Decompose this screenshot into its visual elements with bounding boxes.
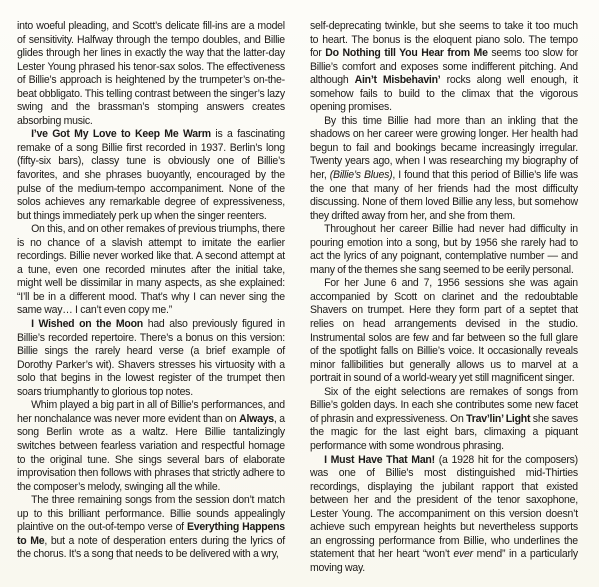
song-title: Trav’lin’ Light xyxy=(466,413,530,425)
paragraph: I Wished on the Moon had also previously… xyxy=(17,318,285,399)
song-title: Do Nothing till You Hear from Me xyxy=(325,47,487,59)
paragraph: I Must Have That Man! (a 1928 hit for th… xyxy=(310,454,578,576)
paragraph: By this time Billie had more than an ink… xyxy=(310,115,578,223)
paragraph-text: into woeful pleading, and Scott’s delica… xyxy=(17,20,285,127)
song-title: I Must Have That Man! xyxy=(324,454,435,466)
paragraph: Six of the eight selections are remakes … xyxy=(310,386,578,454)
paragraph: The three remaining songs from the sessi… xyxy=(17,494,285,562)
paragraph: Throughout her career Billie had never h… xyxy=(310,223,578,277)
liner-notes-page: into woeful pleading, and Scott’s delica… xyxy=(0,0,599,587)
paragraph: For her June 6 and 7, 1956 sessions she … xyxy=(310,277,578,385)
song-title: Always xyxy=(239,413,274,425)
paragraph: On this, and on other remakes of previou… xyxy=(17,223,285,318)
paragraph-text: is a fascinating remake of a song Billie… xyxy=(17,128,285,221)
emphasis: ever xyxy=(453,548,473,560)
book-title: (Billie’s Blues) xyxy=(330,169,393,181)
paragraph-text: Throughout her career Billie had never h… xyxy=(310,223,578,276)
paragraph: Whim played a big part in all of Billie’… xyxy=(17,399,285,494)
right-column: self-deprecating twinkle, but she seems … xyxy=(310,20,578,575)
song-title: I’ve Got My Love to Keep Me Warm xyxy=(31,128,211,140)
song-title: I Wished on the Moon xyxy=(31,318,143,330)
song-title: Ain’t Misbehavin’ xyxy=(355,74,441,86)
paragraph-text: For her June 6 and 7, 1956 sessions she … xyxy=(310,277,578,384)
paragraph: I’ve Got My Love to Keep Me Warm is a fa… xyxy=(17,128,285,223)
paragraph-text: , but a note of desperation enters durin… xyxy=(17,535,285,561)
paragraph-text: On this, and on other remakes of previou… xyxy=(17,223,285,316)
left-column: into woeful pleading, and Scott’s delica… xyxy=(17,20,285,562)
paragraph: into woeful pleading, and Scott’s delica… xyxy=(17,20,285,128)
paragraph-text: (a 1928 hit for the composers) was one o… xyxy=(310,454,578,561)
paragraph: self-deprecating twinkle, but she seems … xyxy=(310,20,578,115)
